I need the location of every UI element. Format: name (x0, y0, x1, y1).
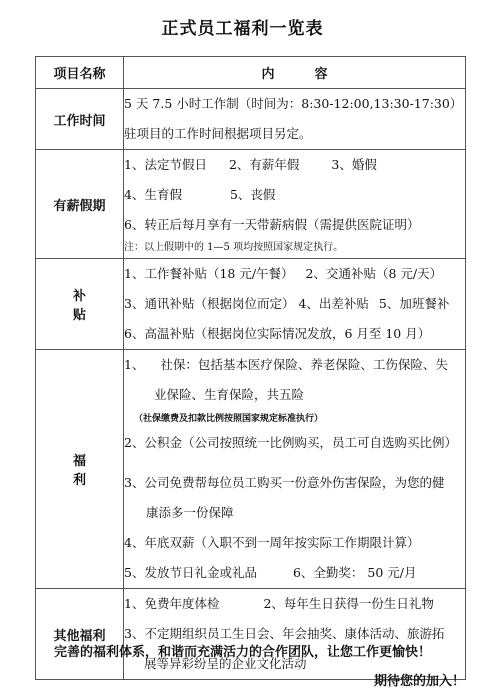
allowance-line-2: 3、通讯补贴（根据岗位而定）4、出差补贴5、加班餐补 (124, 289, 465, 319)
table-header-row: 项目名称 内容 (36, 57, 466, 89)
other-item-1: 1、免费年度体检 (124, 596, 219, 611)
leave-item-1: 1、法定节假日 (124, 157, 207, 172)
other-line-1: 1、免费年度体检2、每年生日获得一份生日礼物 (124, 589, 465, 619)
table-row-allowance: 补贴 1、工作餐补贴（18 元/午餐）2、交通补贴（8 元/天） 3、通讯补贴（… (36, 259, 466, 350)
row-content-allowance: 1、工作餐补贴（18 元/午餐）2、交通补贴（8 元/天） 3、通讯补贴（根据岗… (124, 259, 466, 350)
row-label-benefits: 福利 (36, 350, 124, 589)
benefit-item-1b: 业保险、生育保险，共五险 (124, 380, 465, 410)
benefit-item-5: 5、发放节日礼金或礼品 (124, 565, 257, 580)
leave-item-3: 3、婚假 (331, 157, 376, 172)
benefit-item-2: 2、公积金（公司按照统一比例购买，员工可自选购买比例） (124, 428, 465, 458)
other-item-2: 2、每年生日获得一份生日礼物 (263, 596, 433, 611)
row-content-paid-leave: 1、法定节假日2、有薪年假3、婚假 4、生育假5、丧假 6、转正后每月享有一天带… (124, 150, 466, 259)
allowance-item-3: 3、通讯补贴（根据岗位而定） (124, 296, 294, 311)
work-hours-line-2: 驻项目的工作时间根据项目另定。 (124, 119, 465, 149)
row-content-benefits: 1、 社保：包括基本医疗保险、养老保险、工伤保险、失 业保险、生育保险，共五险 … (124, 350, 466, 589)
leave-item-4: 4、生育假 (124, 187, 182, 202)
leave-line-2: 4、生育假5、丧假 (124, 180, 465, 210)
table-row-paid-leave: 有薪假期 1、法定节假日2、有薪年假3、婚假 4、生育假5、丧假 6、转正后每月… (36, 150, 466, 259)
benefit-item-1a: 1、 社保：包括基本医疗保险、养老保险、工伤保险、失 (124, 350, 465, 380)
allowance-item-4: 4、出差补贴 (298, 296, 368, 311)
row-label-work-hours: 工作时间 (36, 89, 124, 150)
header-item-name: 项目名称 (36, 57, 124, 89)
benefit-item-3b: 康添多一份保障 (124, 498, 465, 528)
leave-item-5: 5、丧假 (230, 187, 275, 202)
benefit-item-1-note: （社保缴费及扣款比例按照国家规定标准执行） (124, 410, 465, 428)
work-hours-line-1: 5 天 7.5 小时工作制（时间为：8:30-12:00,13:30-17:30… (124, 89, 465, 119)
benefit-item-4: 4、年底双薪（入职不到一周年按实际工作期限计算） (124, 528, 465, 558)
row-label-paid-leave: 有薪假期 (36, 150, 124, 259)
benefit-line-5-6: 5、发放节日礼金或礼品6、全勤奖： 50 元/月 (124, 558, 465, 588)
leave-item-2: 2、有薪年假 (229, 157, 299, 172)
benefit-item-3a: 3、公司免费帮每位员工购买一份意外伤害保险，为您的健 (124, 468, 465, 498)
table-row-benefits: 福利 1、 社保：包括基本医疗保险、养老保险、工伤保险、失 业保险、生育保险，共… (36, 350, 466, 589)
table-row-work-hours: 工作时间 5 天 7.5 小时工作制（时间为：8:30-12:00,13:30-… (36, 89, 466, 150)
header-content: 内容 (124, 57, 466, 89)
benefit-item-6: 6、全勤奖： 50 元/月 (293, 565, 417, 580)
allowance-item-6: 6、高温补贴（根据岗位实际情况发放，6 月至 10 月） (124, 319, 465, 349)
allowance-line-1: 1、工作餐补贴（18 元/午餐）2、交通补贴（8 元/天） (124, 259, 465, 289)
leave-note: 注：以上假期中的 1—5 项均按照国家规定执行。 (124, 240, 465, 258)
row-label-allowance: 补贴 (36, 259, 124, 350)
allowance-item-2: 2、交通补贴（8 元/天） (306, 266, 443, 281)
row-label-other-benefits: 其他福利 (36, 589, 124, 680)
leave-item-6: 6、转正后每月享有一天带薪病假（需提供医院证明） (124, 210, 465, 240)
leave-line-1: 1、法定节假日2、有薪年假3、婚假 (124, 150, 465, 180)
slogan: 完善的福利体系，和谐而充满活力的合作团队，让您工作更愉快！ (0, 641, 485, 660)
benefits-table: 项目名称 内容 工作时间 5 天 7.5 小时工作制（时间为：8:30-12:0… (35, 56, 466, 680)
row-content-other-benefits: 1、免费年度体检2、每年生日获得一份生日礼物 3、不定期组织员工生日会、年会抽奖… (124, 589, 466, 680)
closing-text: 期待您的加入！ (374, 670, 465, 689)
allowance-item-5: 5、加班餐补 (379, 296, 449, 311)
allowance-item-1: 1、工作餐补贴（18 元/午餐） (124, 266, 294, 281)
row-content-work-hours: 5 天 7.5 小时工作制（时间为：8:30-12:00,13:30-17:30… (124, 89, 466, 150)
table-row-other-benefits: 其他福利 1、免费年度体检2、每年生日获得一份生日礼物 3、不定期组织员工生日会… (36, 589, 466, 680)
page-title: 正式员工福利一览表 (0, 14, 485, 39)
